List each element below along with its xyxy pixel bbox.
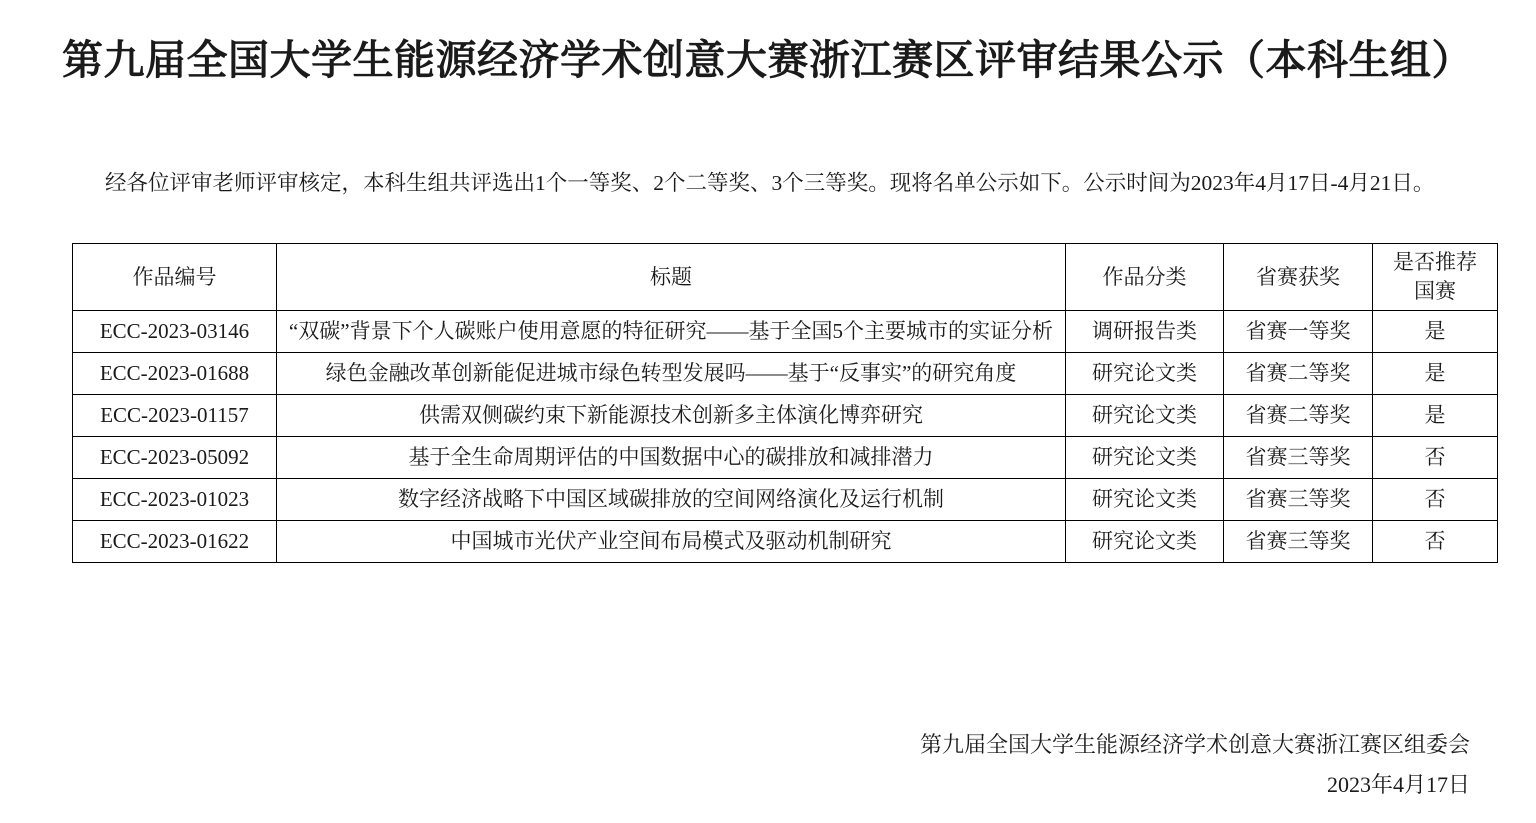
header-row: 作品编号 标题 作品分类 省赛获奖 是否推荐 国赛 [73,244,1498,311]
cell-title: 数字经济战略下中国区域碳排放的空间网络演化及运行机制 [277,479,1066,521]
table-row: ECC-2023-01023 数字经济战略下中国区域碳排放的空间网络演化及运行机… [73,479,1498,521]
cell-title: 绿色金融改革创新能促进城市绿色转型发展吗——基于“反事实”的研究角度 [277,353,1066,395]
announcement-document: 第九届全国大学生能源经济学术创意大赛浙江赛区评审结果公示（本科生组） 经各位评审… [0,0,1536,823]
intro-paragraph: 经各位评审老师评审核定，本科生组共评选出1个一等奖、2个二等奖、3个三等奖。现将… [62,159,1470,207]
cell-category: 研究论文类 [1066,395,1224,437]
cell-title: 基于全生命周期评估的中国数据中心的碳排放和减排潜力 [277,437,1066,479]
table-row: ECC-2023-05092 基于全生命周期评估的中国数据中心的碳排放和减排潜力… [73,437,1498,479]
cell-title: 供需双侧碳约束下新能源技术创新多主体演化博弈研究 [277,395,1066,437]
cell-recommend: 否 [1373,437,1498,479]
cell-category: 研究论文类 [1066,479,1224,521]
cell-work-id: ECC-2023-01688 [73,353,277,395]
cell-recommend: 否 [1373,521,1498,563]
cell-recommend: 是 [1373,395,1498,437]
results-table-header: 作品编号 标题 作品分类 省赛获奖 是否推荐 国赛 [73,244,1498,311]
cell-category: 调研报告类 [1066,311,1224,353]
header-cell-title: 标题 [277,244,1066,311]
header-cell-category: 作品分类 [1066,244,1224,311]
cell-award: 省赛二等奖 [1224,353,1373,395]
signature-date: 2023年4月17日 [920,765,1470,805]
cell-work-id: ECC-2023-03146 [73,311,277,353]
cell-award: 省赛三等奖 [1224,437,1373,479]
table-row: ECC-2023-03146 “双碳”背景下个人碳账户使用意愿的特征研究——基于… [73,311,1498,353]
cell-recommend: 是 [1373,353,1498,395]
results-table: 作品编号 标题 作品分类 省赛获奖 是否推荐 国赛 ECC-2023-03146… [72,243,1498,563]
cell-award: 省赛三等奖 [1224,479,1373,521]
cell-work-id: ECC-2023-01023 [73,479,277,521]
cell-category: 研究论文类 [1066,437,1224,479]
table-row: ECC-2023-01688 绿色金融改革创新能促进城市绿色转型发展吗——基于“… [73,353,1498,395]
cell-work-id: ECC-2023-01622 [73,521,277,563]
table-row: ECC-2023-01622 中国城市光伏产业空间布局模式及驱动机制研究 研究论… [73,521,1498,563]
cell-award: 省赛二等奖 [1224,395,1373,437]
cell-award: 省赛三等奖 [1224,521,1373,563]
cell-category: 研究论文类 [1066,521,1224,563]
cell-title: 中国城市光伏产业空间布局模式及驱动机制研究 [277,521,1066,563]
results-table-body: ECC-2023-03146 “双碳”背景下个人碳账户使用意愿的特征研究——基于… [73,311,1498,563]
cell-recommend: 否 [1373,479,1498,521]
signature-block: 第九届全国大学生能源经济学术创意大赛浙江赛区组委会 2023年4月17日 [920,725,1470,805]
signature-organization: 第九届全国大学生能源经济学术创意大赛浙江赛区组委会 [920,725,1470,765]
cell-title: “双碳”背景下个人碳账户使用意愿的特征研究——基于全国5个主要城市的实证分析 [277,311,1066,353]
header-cell-award: 省赛获奖 [1224,244,1373,311]
cell-award: 省赛一等奖 [1224,311,1373,353]
header-cell-work-id: 作品编号 [73,244,277,311]
cell-recommend: 是 [1373,311,1498,353]
cell-category: 研究论文类 [1066,353,1224,395]
cell-work-id: ECC-2023-05092 [73,437,277,479]
cell-work-id: ECC-2023-01157 [73,395,277,437]
header-cell-recommend: 是否推荐 国赛 [1373,244,1498,311]
document-title: 第九届全国大学生能源经济学术创意大赛浙江赛区评审结果公示（本科生组） [62,34,1470,87]
table-row: ECC-2023-01157 供需双侧碳约束下新能源技术创新多主体演化博弈研究 … [73,395,1498,437]
